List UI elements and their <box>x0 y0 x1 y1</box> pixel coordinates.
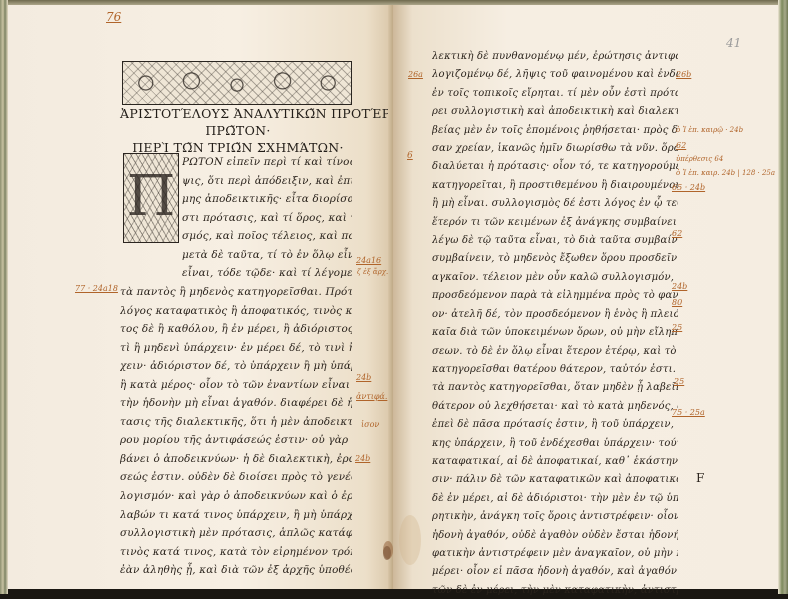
book-spread: 76 ἈΡΙΣΤΟΤΈΛΟΥΣ ἈΝΑΛΥΤΙΚΩ̃Ν ΠΡΟΤΈΡΩΝ ΠΡΩ… <box>0 0 788 594</box>
decorated-initial-letter: Π <box>124 164 178 229</box>
text-line: σμός, καὶ ποῖος τέλειος, καὶ ποῖος ἀτελή… <box>182 227 352 246</box>
left-binding-edge <box>0 0 8 594</box>
margin-note: 24a16 <box>356 256 381 265</box>
text-line: καῖα διὰ τῶν ὑποκειμένων ὅρων, οὐ μὴν εἴ… <box>432 324 678 342</box>
paper-stain <box>383 546 391 560</box>
text-line: λόγος καταφατικὸς ἢ ἀποφατικός, τινὸς κα… <box>120 302 352 321</box>
text-line: στι πρότασις, καὶ τί ὅρος, καὶ τί συλλογ… <box>182 209 352 228</box>
text-line: σεώς ἐστιν. οὐδὲν δὲ διοίσει πρὸς τὸ γεν… <box>120 468 352 487</box>
margin-note: 24b <box>355 454 370 463</box>
text-line: λέγω δὲ τῷ ταῦτα εἶναι, τὸ διὰ ταῦτα συμ… <box>432 232 678 250</box>
text-line: λογισμόν· καὶ γὰρ ὁ ἀποδεικνύων καὶ ὁ ἐρ… <box>120 487 352 506</box>
text-line: τασις τῆς διαλεκτικῆς, ὅτι ἡ μὲν ἀποδεικ… <box>120 413 352 432</box>
text-line: ἢ κατὰ μέρος· οἷον τὸ τῶν ἐναντίων εἶναι… <box>120 376 352 395</box>
floral-headpiece-ornament <box>122 61 352 105</box>
text-line: τινὸς κατά τινος, κατὰ τὸν εἰρημένον τρό… <box>120 543 352 562</box>
text-line: διαλύεται ἡ πρότασις· οἷον τό, τε κατηγο… <box>432 158 678 176</box>
margin-note: 77 · 24a18 <box>75 284 118 293</box>
text-line: ἢ μὴ εἶναι. συλλογισμὸς δέ ἐστι λόγος ἐν… <box>432 195 678 213</box>
text-line: ἡδονὴ ἀγαθόν, οὐδὲ ἀγαθὸν οὐδὲν ἔσται ἡδ… <box>432 527 678 545</box>
text-line: λεκτικὴ δὲ πυνθανομένῳ μέν, ἐρώτησις ἀντ… <box>432 48 678 66</box>
text-line: δὲ ἐν μέρει, αἱ δὲ ἀδιόριστοι· τὴν μὲν ἐ… <box>432 490 678 508</box>
text-line: τῶν δὲ ἐν μέρει, τὴν μὲν καταφατικὴν, ἀν… <box>432 582 678 599</box>
right-binding-edge <box>778 0 788 594</box>
text-line: σαν χρείαν, ἱκανῶς ἡμῖν διωρίσθω τὰ νῦν.… <box>432 140 678 158</box>
title-line-1: ἈΡΙΣΤΟΤΈΛΟΥΣ ἈΝΑΛΥΤΙΚΩ̃Ν ΠΡΟΤΈΡΩΝ <box>120 106 356 121</box>
text-line: ἕτερόν τι τῶν κειμένων ἐξ ἀνάγκης συμβαί… <box>432 214 678 232</box>
text-line: χειν· ἀδιόριστον δέ, τὸ ὑπάρχειν ἢ μὴ ὑπ… <box>120 357 352 376</box>
text-line: ον· ἀτελῆ δέ, τὸν προσδεόμενον ἢ ἑνὸς ἢ … <box>432 306 678 324</box>
margin-note: 62 <box>676 141 686 150</box>
text-line: προσδεόμενον παρὰ τὰ εἰλημμένα πρὸς τὸ φ… <box>432 287 678 305</box>
text-line: σεων. τὸ δὲ ἐν ὅλῳ εἶναι ἕτερον ἑτέρῳ, κ… <box>432 343 678 361</box>
text-line: λαβών τι κατά τινος ὑπάρχειν, ἢ μὴ ὑπάρχ… <box>120 506 352 525</box>
left-body-indented: ΡΩΤΟΝ εἰπεῖν περὶ τί καὶ τίνος ἐστὶν ἡ σ… <box>182 153 352 283</box>
margin-note: 24b <box>356 373 371 382</box>
margin-note: 26a <box>408 70 423 79</box>
text-line: μέρει· οἷον εἰ πᾶσα ἡδονὴ ἀγαθόν, καὶ ἀγ… <box>432 563 678 581</box>
margin-note: 25 <box>672 323 682 332</box>
text-line: κατηγορεῖσθαι θατέρου θάτερον, ταὐτόν ἐσ… <box>432 361 678 379</box>
text-line: συλλογιστικὴ μὲν πρότασις, ἁπλῶς κατάφασ… <box>120 524 352 543</box>
margin-note: 62 <box>672 229 682 238</box>
text-line: βάνει ὁ ἀποδεικνύων· ἡ δὲ διαλεκτικὴ, ἐρ… <box>120 450 352 469</box>
right-folio-number: 41 <box>726 36 741 50</box>
paper-stain <box>399 515 421 565</box>
margin-note: 24b <box>672 282 687 291</box>
text-line: ρει συλλογιστικὴ καὶ ἀποδεικτικὴ καὶ δια… <box>432 103 678 121</box>
text-line: τὰ παντὸς κατηγορεῖσθαι, ὅταν μηδὲν ᾖ λα… <box>432 379 678 397</box>
margin-note: ἀντιφά. <box>356 392 387 401</box>
text-line: μετὰ δὲ ταῦτα, τί τὸ ἐν ὅλῳ εἶναι, ἢ μὴ <box>182 246 352 265</box>
text-line: θάτερον οὐ λεχθήσεται· καὶ τὸ κατὰ μηδεν… <box>432 398 678 416</box>
text-line: μης ἀποδεικτικῆς· εἶτα διορίσαι, τί ἐ- <box>182 190 352 209</box>
text-line: τὰ παντὸς ἢ μηδενὸς κατηγορεῖσθαι. Πρότα… <box>120 283 352 302</box>
right-body: λεκτικὴ δὲ πυνθανομένῳ μέν, ἐρώτησις ἀντ… <box>432 48 678 599</box>
text-line: βείας μὲν ἐν τοῖς ἑπομένοις ῥηθήσεται· π… <box>432 122 678 140</box>
text-line: ρητικὴν, ἀνάγκη τοῖς ὅροις ἀντιστρέφειν·… <box>432 508 678 526</box>
text-line: τος δὲ ἢ καθόλου, ἢ ἐν μέρει, ἢ ἀδιόριστ… <box>120 320 352 339</box>
text-line: λογιζομένῳ δέ, λῆψις τοῦ φαινομένου καὶ … <box>432 66 678 84</box>
margin-note: 26b <box>676 70 691 79</box>
text-line: ρου μορίου τῆς ἀντιφάσεώς ἐστιν· οὐ γὰρ … <box>120 431 352 450</box>
text-line: φατικὴν ἀντιστρέφειν μὲν ἀναγκαῖον, οὐ μ… <box>432 545 678 563</box>
margin-note: 80 <box>672 298 682 307</box>
text-line: τὴν ἡδονὴν μὴ εἶναι ἀγαθόν. διαφέρει δὲ … <box>120 394 352 413</box>
text-line: σιν· πάλιν δὲ τῶν καταφατικῶν καὶ ἀποφατ… <box>432 471 678 489</box>
margin-note: 75 · 25a <box>672 408 705 417</box>
text-line: εἶναι, τόδε τῷδε· καὶ τί λέγομεν τὸ κα- <box>182 264 352 283</box>
text-line: ἐν τοῖς τοπικοῖς εἴρηται. τί μὲν οὖν ἐστ… <box>432 85 678 103</box>
margin-note: ἰσον <box>361 420 379 429</box>
text-line: ἐὰν ἀληθὴς ᾖ, καὶ διὰ τῶν ἐξ ἀρχῆς ὑποθέ… <box>120 561 352 580</box>
margin-note: 25 <box>674 377 684 386</box>
decorated-initial: Π <box>123 153 179 243</box>
text-line: ἐπεὶ δὲ πᾶσα πρότασίς ἐστιν, ἢ τοῦ ὑπάρχ… <box>432 416 678 434</box>
margin-note: 6 <box>407 151 413 161</box>
text-line: ψις, ὅτι περὶ ἀπόδειξιν, καὶ ἐπιστή- <box>182 172 352 191</box>
text-line: αγκαῖον. τέλειον μὲν οὖν καλῶ συλλογισμό… <box>432 269 678 287</box>
margin-note: ὁ Ἰ ἐπ. καιρῷ · 24b <box>676 126 743 134</box>
signature-mark: F <box>696 471 704 485</box>
left-folio-number: 76 <box>106 10 121 24</box>
margin-note: 65 · 24b <box>672 183 705 192</box>
text-line: συμβαίνειν, τὸ μηδενὸς ἔξωθεν ὅρου προσδ… <box>432 250 678 268</box>
text-line: ΡΩΤΟΝ εἰπεῖν περὶ τί καὶ τίνος ἐστὶν ἡ σ… <box>182 153 352 172</box>
text-line: τὶ ἢ μηδενὶ ὑπάρχειν· ἐν μέρει δέ, τὸ τι… <box>120 339 352 358</box>
title-line-2: ΠΡΩ̃ΤΟΝ· <box>120 123 356 138</box>
margin-note: ὑπέρθεσις 64 <box>676 155 723 163</box>
left-body-full: τὰ παντὸς ἢ μηδενὸς κατηγορεῖσθαι. Πρότα… <box>120 283 352 580</box>
margin-note: ὁ Ἰ ἐπ. καιρ. 24b | 128 · 25a <box>676 169 775 177</box>
text-line: κης ὑπάρχειν, ἢ τοῦ ἐνδέχεσθαι ὑπάρχειν·… <box>432 435 678 453</box>
text-line: καταφατικαί, αἱ δὲ ἀποφατικαί, καθ᾽ ἑκάσ… <box>432 453 678 471</box>
text-line: κατηγορεῖται, ἢ προστιθεμένου ἢ διαιρουμ… <box>432 177 678 195</box>
